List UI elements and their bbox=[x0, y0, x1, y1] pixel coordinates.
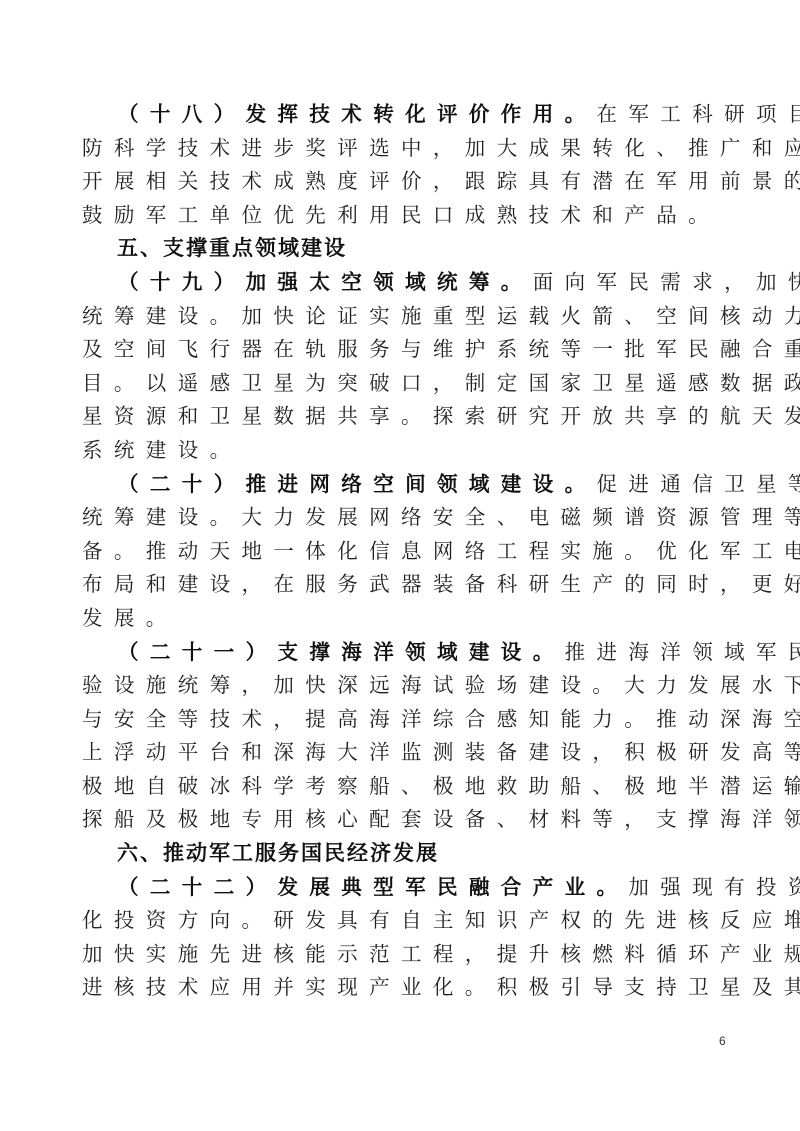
paragraph-line: 目。以遥感卫星为突破口，制定国家卫星遥感数据政策，促进军民卫 bbox=[82, 367, 724, 401]
paragraph-line: 极地自破冰科学考察船、极地救助船、极地半潜运输船、极地资源勘 bbox=[82, 770, 724, 804]
paragraph-line: 布局和建设，在服务武器装备科研生产的同时，更好地服务国民经济 bbox=[82, 568, 724, 602]
section-heading: 五、支撑重点领域建设 bbox=[82, 232, 724, 266]
document-page: （十八）发挥技术转化评价作用。在军工科研项目立项评估和国 防科学技术进步奖评选中… bbox=[82, 98, 724, 1005]
paragraph-line: 发展。 bbox=[82, 602, 724, 636]
paragraph-lead: （十八）发挥技术转化评价作用。 bbox=[118, 102, 597, 126]
paragraph-line: 进核技术应用并实现产业化。积极引导支持卫星及其应用产业发展， bbox=[82, 971, 724, 1005]
paragraph-line: 上浮动平台和深海大洋监测装备建设，积极研发高等级专业破冰船、 bbox=[82, 736, 724, 770]
paragraph-line: 开展相关技术成熟度评价，跟踪具有潜在军用前景的技术发展动态， bbox=[82, 165, 724, 199]
paragraph-21-line-1: （二十一）支撑海洋领域建设。推进海洋领域军民试验需求和试 bbox=[82, 636, 724, 670]
paragraph-text: 在军工科研项目立项评估和国 bbox=[597, 102, 800, 126]
paragraph-20-line-1: （二十）推进网络空间领域建设。促进通信卫星等通信基础设施 bbox=[82, 468, 724, 502]
paragraph-22-line-1: （二十二）发展典型军民融合产业。加强现有投资渠道统筹，优 bbox=[82, 871, 724, 905]
paragraph-text: 推进海洋领域军民试验需求和试 bbox=[565, 640, 800, 664]
section-heading: 六、推动军工服务国民经济发展 bbox=[82, 837, 724, 871]
paragraph-lead: （二十）推进网络空间领域建设。 bbox=[118, 472, 597, 496]
paragraph-line: 统筹建设。大力发展网络安全、电磁频谱资源管理等技术、产品和装 bbox=[82, 501, 724, 535]
paragraph-line: 系统建设。 bbox=[82, 434, 724, 468]
paragraph-line: 探船及极地专用核心配套设备、材料等，支撑海洋领域重大工程。 bbox=[82, 803, 724, 837]
paragraph-text: 加强现有投资渠道统筹，优 bbox=[628, 875, 800, 899]
paragraph-lead: （二十二）发展典型军民融合产业。 bbox=[118, 875, 628, 899]
paragraph-line: 及空间飞行器在轨服务与维护系统等一批军民融合重大工程和重大项 bbox=[82, 333, 724, 367]
paragraph-line: 化投资方向。研发具有自主知识产权的先进核反应堆和先进核电技术， bbox=[82, 904, 724, 938]
paragraph-18-line-1: （十八）发挥技术转化评价作用。在军工科研项目立项评估和国 bbox=[82, 98, 724, 132]
paragraph-text: 促进通信卫星等通信基础设施 bbox=[597, 472, 800, 496]
paragraph-19-line-1: （十九）加强太空领域统筹。面向军民需求，加快空间基础设施 bbox=[82, 266, 724, 300]
paragraph-line: 统筹建设。加快论证实施重型运载火箭、空间核动力装置、深空探测 bbox=[82, 300, 724, 334]
page-number: 6 bbox=[719, 1034, 726, 1048]
paragraph-line: 防科学技术进步奖评选中，加大成果转化、推广和应用的权重。探索 bbox=[82, 132, 724, 166]
paragraph-line: 鼓励军工单位优先利用民口成熟技术和产品。 bbox=[82, 199, 724, 233]
paragraph-line: 与安全等技术，提高海洋综合感知能力。推动深海空间站、核动力海 bbox=[82, 703, 724, 737]
paragraph-line: 验设施统筹，加快深远海试验场建设。大力发展水下探测、信息传输 bbox=[82, 669, 724, 703]
paragraph-line: 加快实施先进核能示范工程，提升核燃料循环产业规模和竞争力，推 bbox=[82, 938, 724, 972]
paragraph-text: 面向军民需求，加快空间基础设施 bbox=[533, 270, 800, 294]
paragraph-line: 备。推动天地一体化信息网络工程实施。优化军工电子信息类试验场 bbox=[82, 535, 724, 569]
paragraph-lead: （二十一）支撑海洋领域建设。 bbox=[118, 640, 565, 664]
paragraph-lead: （十九）加强太空领域统筹。 bbox=[118, 270, 533, 294]
paragraph-line: 星资源和卫星数据共享。探索研究开放共享的航天发射场和航天测控 bbox=[82, 400, 724, 434]
